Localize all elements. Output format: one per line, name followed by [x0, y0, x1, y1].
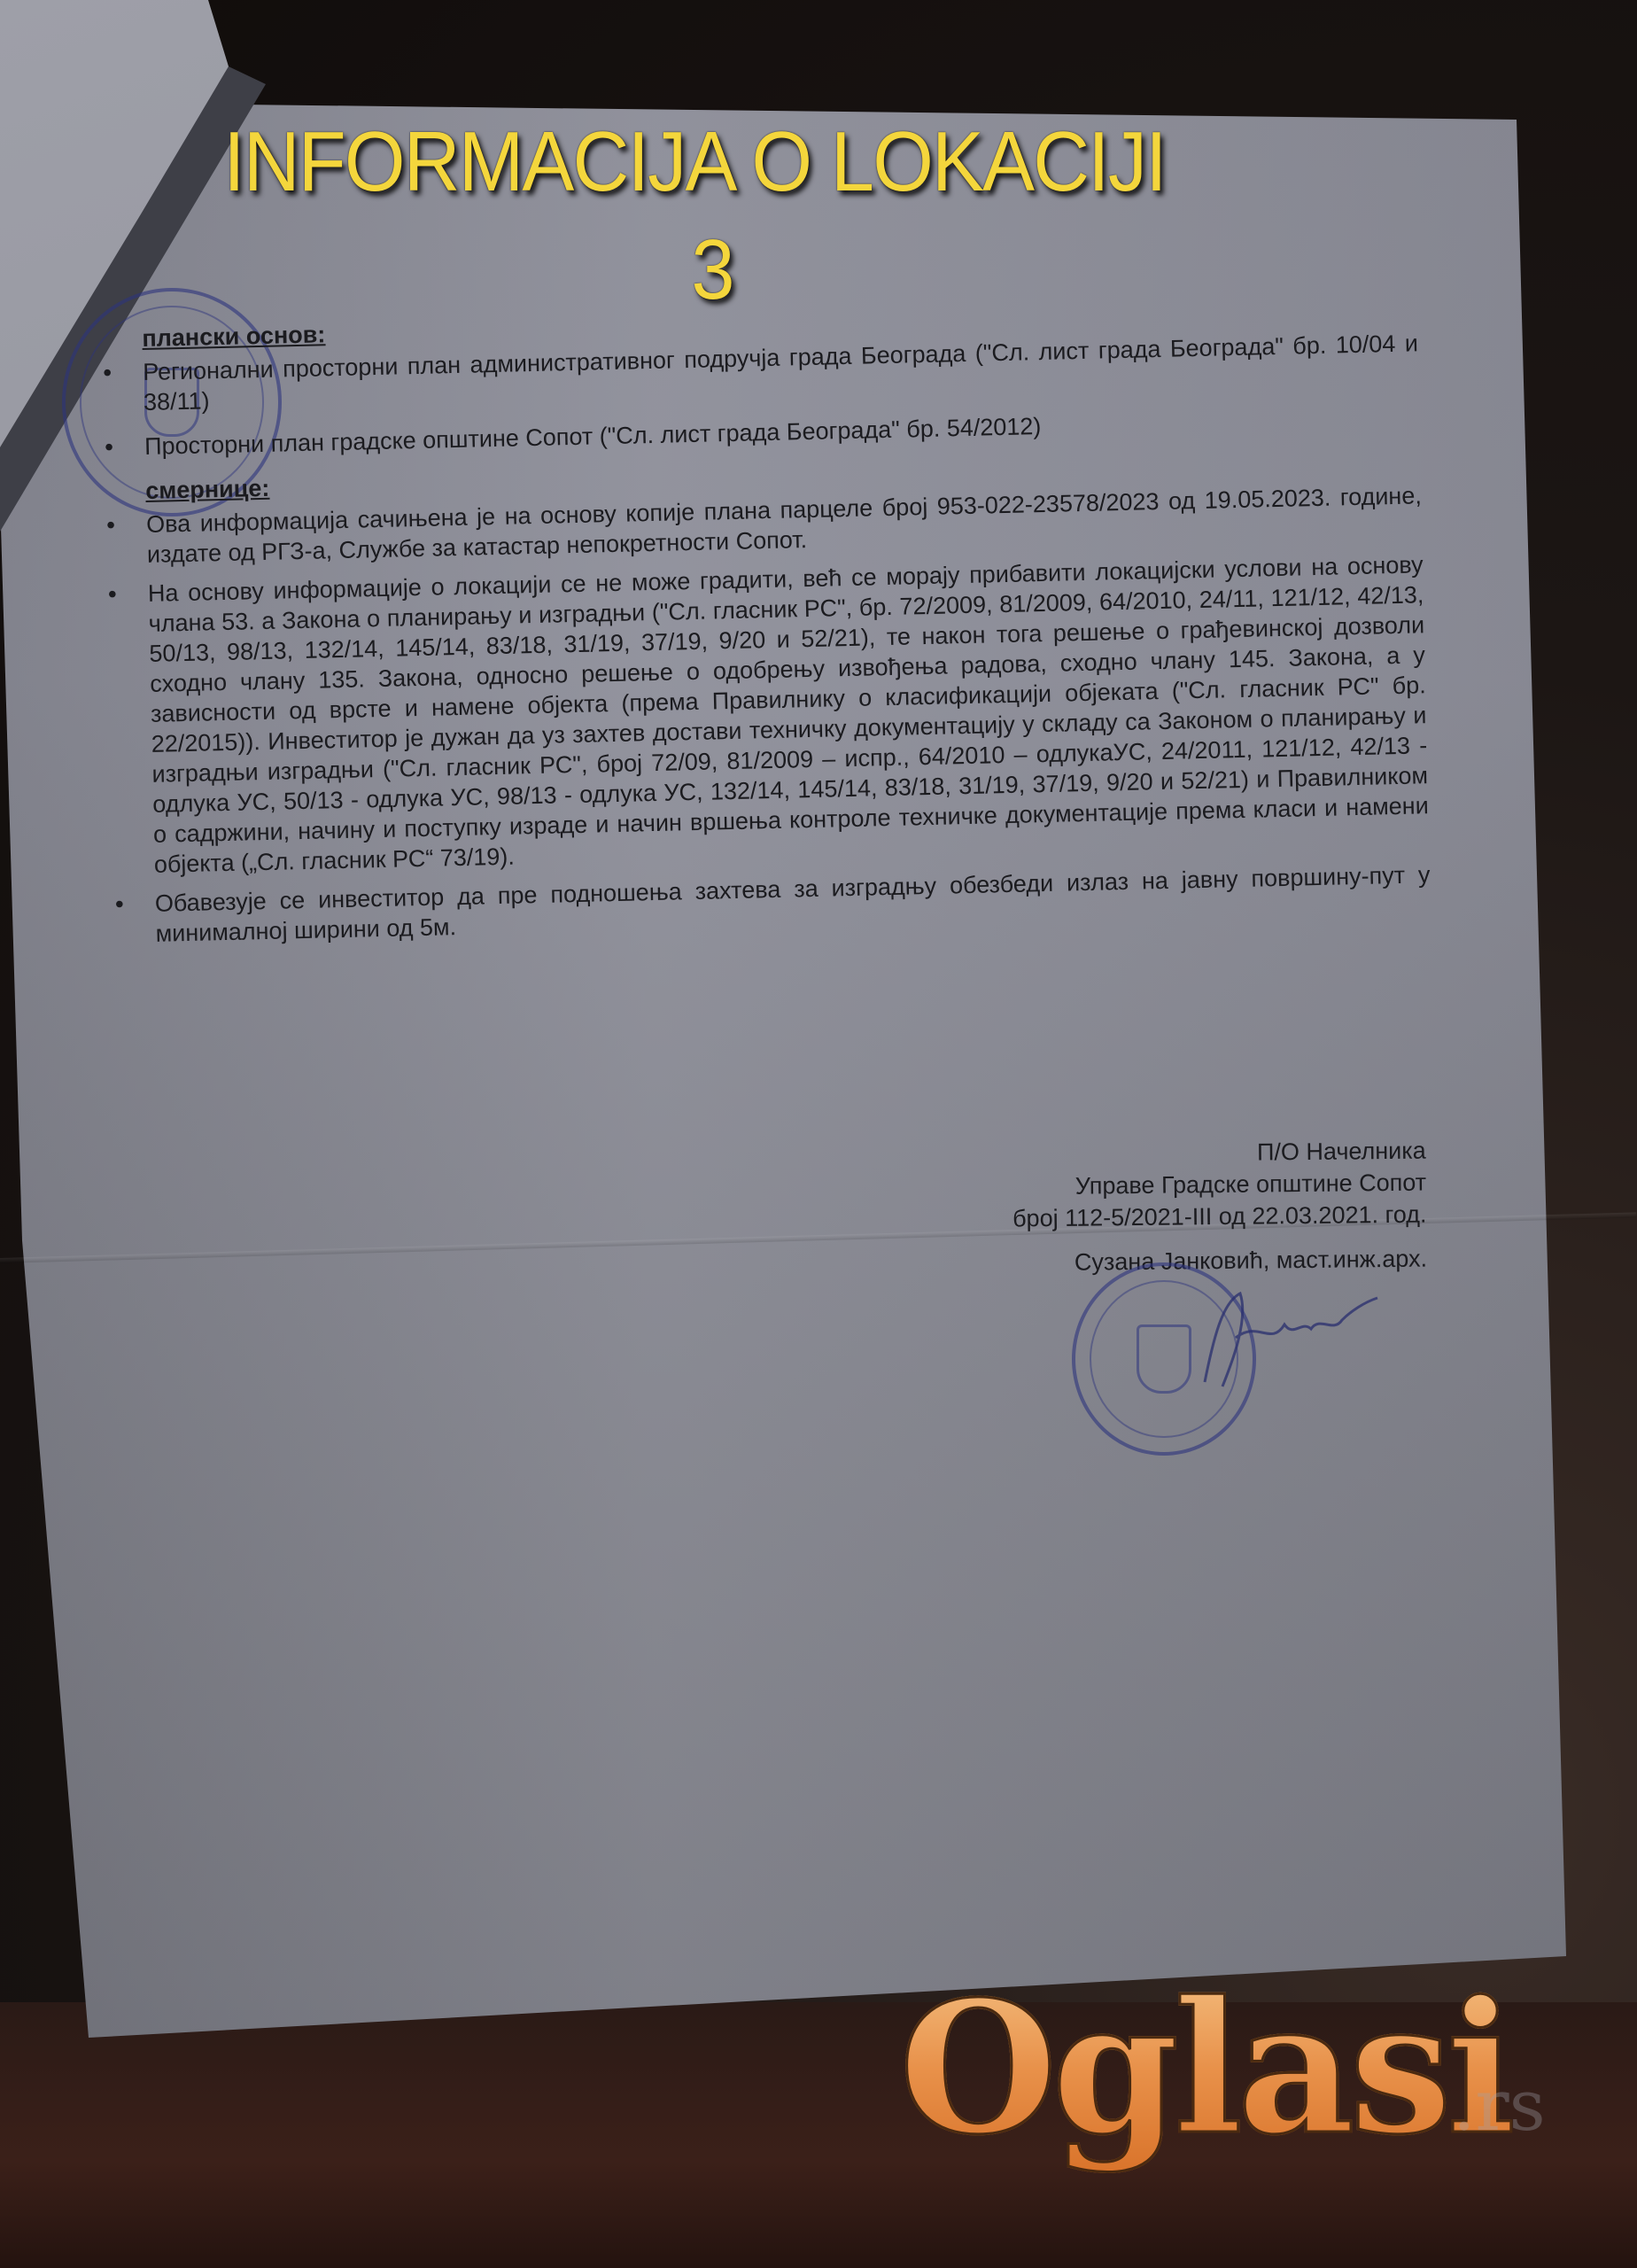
signature-block: П/О Начелника Управе Градске општине Соп… — [1012, 1135, 1427, 1279]
watermark-tld: .rs — [1453, 2064, 1546, 2147]
coat-of-arms-icon — [1137, 1324, 1191, 1394]
overlay-title: INFORMACIJA O LOKACIJI — [0, 113, 1447, 211]
list-item: На основу информације о локацији се не м… — [148, 549, 1430, 880]
signer-name: Сузана Јанковић, маст.инж.арх. — [1012, 1243, 1427, 1279]
signature-line-1: П/О Начелника — [1012, 1135, 1426, 1171]
signature-line-3: број 112-5/2021-III од 22.03.2021. год. — [1012, 1199, 1427, 1235]
signature-line-2: Управе Градске општине Сопот — [1012, 1167, 1426, 1203]
document-body: плански основ: Регионални просторни план… — [142, 294, 1431, 957]
guidelines-list: Ова информација сачињена је на основу ко… — [146, 480, 1431, 949]
handwritten-signature-icon — [1187, 1285, 1382, 1391]
watermark-logo: Oglasi — [899, 1962, 1510, 2175]
